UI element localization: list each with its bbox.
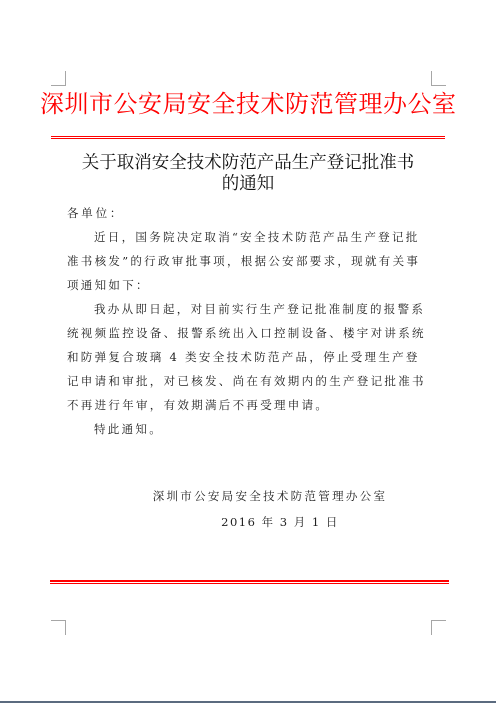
- salutation: 各单位：: [67, 201, 431, 225]
- signature-organization: 深圳市公安局安全技术防范管理办公室: [40, 488, 456, 504]
- corner-mark-top-left: [51, 71, 66, 86]
- footer-red-rule-thick: [50, 580, 449, 582]
- corner-mark-bottom-left: [51, 620, 66, 635]
- corner-mark-top-right: [431, 71, 446, 86]
- title-line-1: 关于取消安全技术防范产品生产登记批准书: [40, 153, 456, 174]
- footer-red-rule-thin: [50, 583, 449, 584]
- signature-date: 2016 年 3 月 1 日: [40, 514, 456, 530]
- paragraph-1: 近日，国务院决定取消“安全技术防范产品生产登记批准书核发”的行政审批事项，根据公…: [67, 225, 431, 297]
- title-line-2: 的通知: [40, 174, 456, 195]
- corner-mark-bottom-right: [431, 620, 446, 635]
- document-page: 深圳市公安局安全技术防范管理办公室 关于取消安全技术防范产品生产登记批准书 的通…: [0, 0, 496, 701]
- paragraph-2: 我办从即日起，对目前实行生产登记批准制度的报警系统视频监控设备、报警系统出入口控…: [67, 297, 431, 417]
- paragraph-closing: 特此通知。: [67, 417, 431, 441]
- header-double-red-rule: [51, 136, 445, 139]
- notice-body: 各单位： 近日，国务院决定取消“安全技术防范产品生产登记批准书核发”的行政审批事…: [67, 201, 431, 441]
- notice-title: 关于取消安全技术防范产品生产登记批准书 的通知: [40, 153, 456, 195]
- org-red-header: 深圳市公安局安全技术防范管理办公室: [40, 88, 456, 120]
